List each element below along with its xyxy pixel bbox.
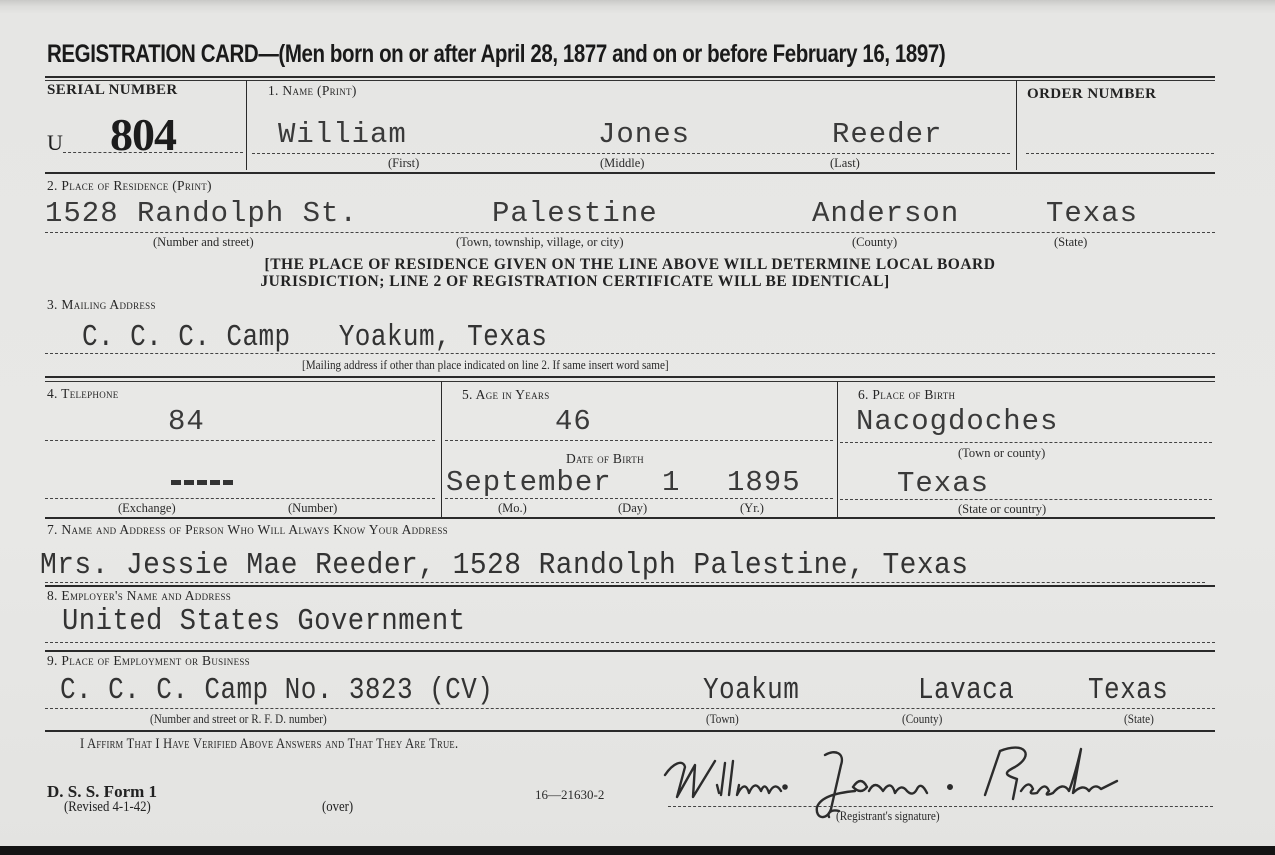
employer-label: 8. Employer's Name and Address: [47, 588, 231, 604]
day-caption: (Day): [618, 501, 647, 516]
section-rule-3: [45, 517, 1215, 519]
section-rule-1: [45, 172, 1215, 174]
section-rule-2: [45, 376, 1215, 378]
signature-line: [668, 806, 1213, 807]
employer-value: United States Government: [62, 604, 465, 639]
birthplace-town-value: Nacogdoches: [856, 405, 1058, 438]
employment-street-caption: (Number and street or R. F. D. number): [150, 711, 327, 727]
age-value: 46: [555, 405, 592, 438]
name-label: 1. Name (Print): [268, 83, 357, 99]
section-rule-4: [45, 585, 1215, 587]
birthplace-state-value: Texas: [897, 467, 989, 500]
town-caption: (Town, township, village, or city): [456, 235, 624, 250]
card-title: REGISTRATION CARD—(Men born on or after …: [47, 40, 945, 69]
order-number-label: ORDER NUMBER: [1027, 86, 1156, 103]
residence-town-value: Palestine: [492, 197, 658, 230]
employment-county-value: Lavaca: [918, 673, 1014, 708]
first-name-value: William: [278, 118, 407, 151]
employer-line: [45, 642, 1215, 643]
residence-line: [45, 232, 1215, 233]
telephone-label: 4. Telephone: [47, 386, 119, 402]
employment-label: 9. Place of Employment or Business: [47, 653, 250, 669]
residence-notice: [THE PLACE OF RESIDENCE GIVEN ON THE LIN…: [45, 256, 1215, 290]
age-line: [445, 440, 833, 441]
serial-divider: [246, 80, 247, 170]
employment-state-caption: (State): [1124, 711, 1154, 727]
dob-month-value: September: [446, 466, 612, 499]
contact-value: Mrs. Jessie Mae Reeder, 1528 Randolph Pa…: [40, 548, 968, 583]
mailing-caption: [Mailing address if other than place ind…: [302, 357, 669, 373]
employment-state-value: Texas: [1088, 673, 1168, 708]
birthplace-state-line: [840, 499, 1212, 500]
signature-caption: (Registrant's signature): [836, 808, 940, 824]
telephone-number-value: ---: [171, 480, 233, 491]
top-rule-inner: [45, 80, 1215, 81]
print-code: 16—21630-2: [535, 787, 604, 803]
mailing-label: 3. Mailing Address: [47, 297, 156, 313]
serial-number-value: 804: [110, 108, 176, 161]
dob-year-value: 1895: [727, 466, 801, 499]
order-divider: [1016, 80, 1017, 170]
dob-line: [445, 498, 833, 499]
state-caption: (State): [1054, 235, 1087, 250]
last-name-value: Reeder: [832, 118, 942, 151]
serial-prefix: U: [47, 130, 63, 156]
section-rule-6: [45, 730, 1215, 732]
dob-day-value: 1: [662, 466, 680, 499]
birthplace-state-caption: (State or country): [958, 502, 1046, 517]
card-bottom-edge: [0, 846, 1275, 855]
age-birth-divider: [837, 381, 838, 517]
exchange-caption: (Exchange): [118, 501, 176, 516]
name-line: [252, 153, 1010, 154]
order-number-line: [1026, 153, 1214, 154]
telephone-exchange-value: 84: [168, 405, 205, 438]
serial-number-label: SERIAL NUMBER: [47, 82, 178, 99]
employment-street-value: C. C. C. Camp No. 3823 (CV): [60, 673, 493, 708]
month-caption: (Mo.): [498, 501, 527, 516]
notice-line-2: JURISDICTION; LINE 2 OF REGISTRATION CER…: [0, 273, 1215, 290]
street-caption: (Number and street): [153, 235, 254, 250]
year-caption: (Yr.): [740, 501, 764, 516]
affirmation-text: I Affirm That I Have Verified Above Answ…: [80, 736, 458, 753]
form-revised: (Revised 4-1-42): [64, 799, 151, 816]
tel-age-divider: [441, 381, 442, 517]
birthplace-label: 6. Place of Birth: [858, 387, 955, 403]
employment-line: [45, 708, 1215, 709]
county-caption: (County): [852, 235, 897, 250]
middle-caption: (Middle): [600, 156, 644, 171]
mailing-line: [45, 353, 1215, 354]
dob-label: Date of Birth: [566, 451, 644, 467]
birthplace-town-line: [840, 442, 1212, 443]
telephone-line-2: [45, 498, 435, 499]
residence-county-value: Anderson: [812, 197, 959, 230]
residence-label: 2. Place of Residence (Print): [47, 178, 212, 194]
contact-line: [45, 582, 1205, 583]
registration-card: REGISTRATION CARD—(Men born on or after …: [0, 0, 1275, 855]
mailing-value: C. C. C. Camp Yoakum, Texas: [82, 320, 547, 355]
residence-street-value: 1528 Randolph St.: [45, 197, 358, 230]
top-rule: [45, 76, 1215, 78]
first-caption: (First): [388, 156, 419, 171]
birthplace-town-caption: (Town or county): [958, 446, 1045, 461]
middle-name-value: Jones: [598, 118, 690, 151]
notice-line-1: [THE PLACE OF RESIDENCE GIVEN ON THE LIN…: [45, 256, 1215, 273]
employment-town-value: Yoakum: [703, 673, 799, 708]
last-caption: (Last): [830, 156, 860, 171]
section-rule-2-inner: [45, 381, 1215, 382]
over-note: (over): [322, 799, 353, 816]
telephone-line-1: [45, 440, 435, 441]
section-rule-5: [45, 650, 1215, 652]
age-label: 5. Age in Years: [462, 387, 550, 403]
number-caption: (Number): [288, 501, 337, 516]
contact-label: 7. Name and Address of Person Who Will A…: [47, 522, 448, 538]
employment-county-caption: (County): [902, 711, 942, 727]
employment-town-caption: (Town): [706, 711, 739, 727]
residence-state-value: Texas: [1046, 197, 1138, 230]
